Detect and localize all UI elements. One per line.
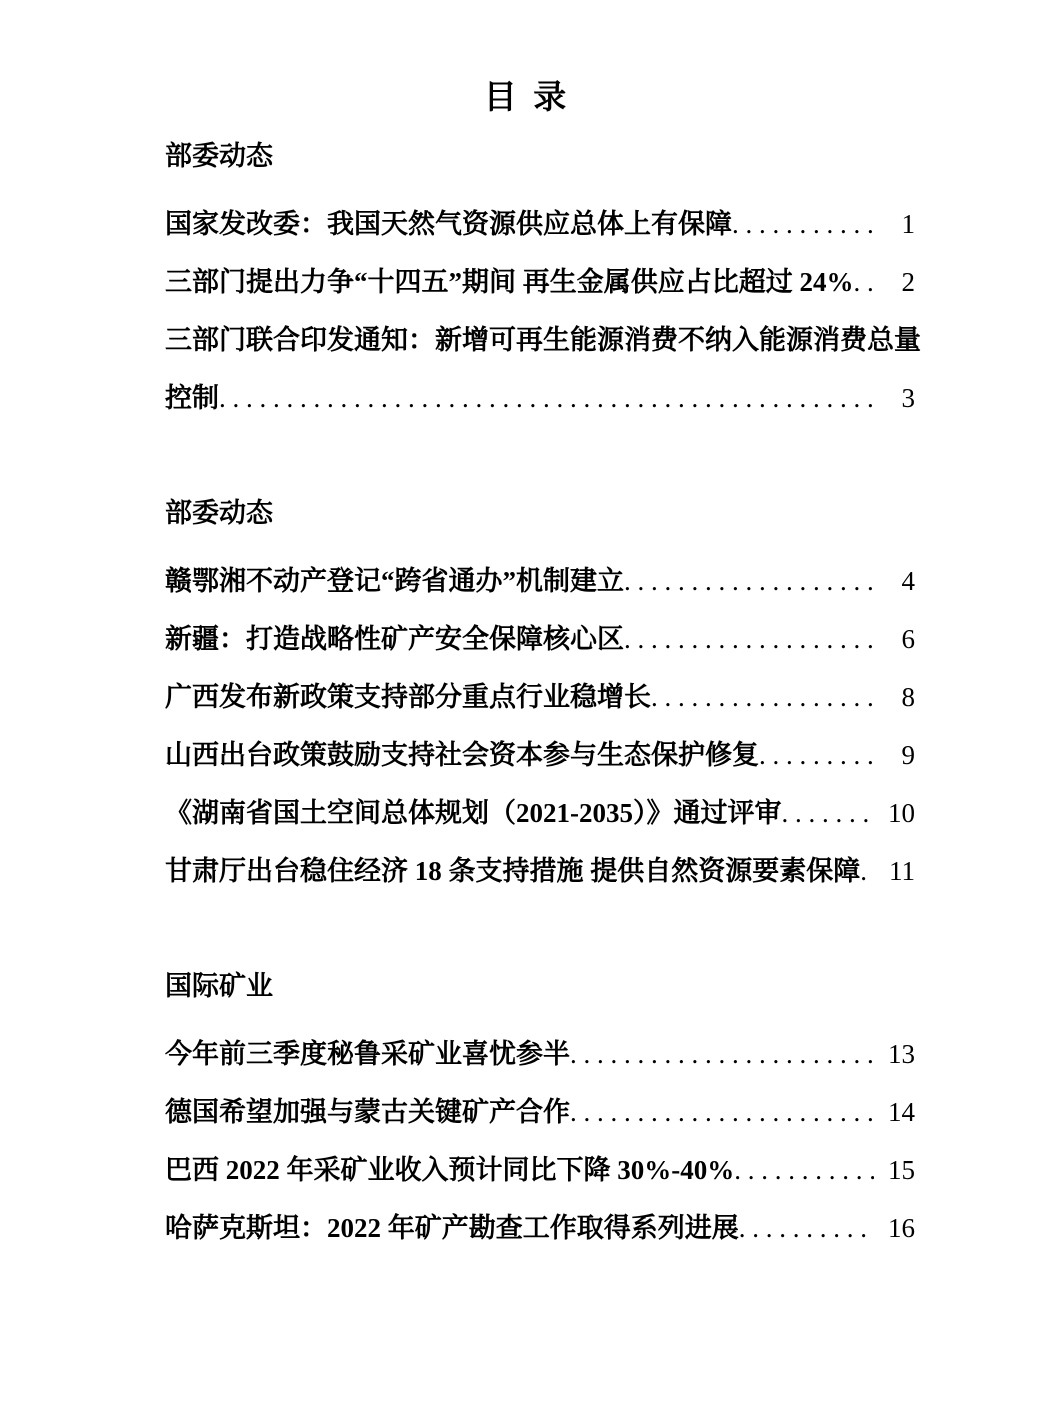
dot-leader [782,784,875,842]
toc-section: 部委动态赣鄂湘不动产登记“跨省通办”机制建立4新疆：打造战略性矿产安全保障核心区… [165,484,915,900]
dot-leader [219,369,874,427]
toc-content: 部委动态国家发改委：我国天然气资源供应总体上有保障1三部门提出力争“十四五”期间… [165,127,915,1257]
toc-entry-title: 新疆：打造战略性矿产安全保障核心区 [165,610,624,668]
toc-entry-page: 8 [879,668,915,726]
dot-leader [854,253,875,311]
toc-entry-row: 巴西 2022 年采矿业收入预计同比下降 30%-40%15 [165,1141,915,1199]
toc-entry-row: 山西出台政策鼓励支持社会资本参与生态保护修复9 [165,726,915,784]
dot-leader [624,552,874,610]
toc-entry-page: 16 [879,1199,915,1257]
toc-entry-title: 控制 [165,369,219,427]
toc-entry-page: 14 [879,1083,915,1141]
toc-entry-row: 赣鄂湘不动产登记“跨省通办”机制建立4 [165,552,915,610]
toc-entry[interactable]: 甘肃厅出台稳住经济 18 条支持措施 提供自然资源要素保障11 [165,842,915,900]
dot-leader [624,610,874,668]
toc-entry-row: 新疆：打造战略性矿产安全保障核心区6 [165,610,915,668]
toc-entry-row: 《湖南省国土空间总体规划（2021-2035）》通过评审10 [165,784,915,842]
toc-entry-row: 控制3 [165,369,915,427]
dot-leader [739,1199,874,1257]
toc-entry-page: 10 [879,784,915,842]
dot-leader [570,1083,874,1141]
toc-entry-page: 11 [879,842,915,900]
toc-entry[interactable]: 三部门提出力争“十四五”期间 再生金属供应占比超过 24%2 [165,253,915,311]
toc-entry-title: 德国希望加强与蒙古关键矿产合作 [165,1083,570,1141]
toc-entry-row: 三部门提出力争“十四五”期间 再生金属供应占比超过 24%2 [165,253,915,311]
toc-entry-title: 赣鄂湘不动产登记“跨省通办”机制建立 [165,552,624,610]
dot-leader [759,726,874,784]
toc-entry-title: 哈萨克斯坦：2022 年矿产勘查工作取得系列进展 [165,1199,739,1257]
toc-entry-title: 三部门提出力争“十四五”期间 再生金属供应占比超过 24% [165,253,854,311]
toc-entry-list: 国家发改委：我国天然气资源供应总体上有保障1三部门提出力争“十四五”期间 再生金… [165,195,915,427]
section-header: 部委动态 [165,484,915,542]
toc-entry[interactable]: 新疆：打造战略性矿产安全保障核心区6 [165,610,915,668]
toc-entry[interactable]: 巴西 2022 年采矿业收入预计同比下降 30%-40%15 [165,1141,915,1199]
toc-entry-title: 今年前三季度秘鲁采矿业喜忧参半 [165,1025,570,1083]
toc-entry-title: 《湖南省国土空间总体规划（2021-2035）》通过评审 [165,784,782,842]
toc-entry-page: 3 [879,369,915,427]
toc-entry-page: 1 [879,195,915,253]
toc-entry-page: 2 [879,253,915,311]
dot-leader [732,195,874,253]
toc-entry[interactable]: 国家发改委：我国天然气资源供应总体上有保障1 [165,195,915,253]
toc-entry-row: 今年前三季度秘鲁采矿业喜忧参半13 [165,1025,915,1083]
toc-entry[interactable]: 哈萨克斯坦：2022 年矿产勘查工作取得系列进展16 [165,1199,915,1257]
section-header: 部委动态 [165,127,915,185]
toc-entry-title: 山西出台政策鼓励支持社会资本参与生态保护修复 [165,726,759,784]
toc-entry[interactable]: 《湖南省国土空间总体规划（2021-2035）》通过评审10 [165,784,915,842]
toc-entry-title: 巴西 2022 年采矿业收入预计同比下降 30%-40% [165,1141,734,1199]
toc-entry-title: 国家发改委：我国天然气资源供应总体上有保障 [165,195,732,253]
toc-entry[interactable]: 赣鄂湘不动产登记“跨省通办”机制建立4 [165,552,915,610]
toc-entry-row: 德国希望加强与蒙古关键矿产合作14 [165,1083,915,1141]
dot-leader [734,1141,874,1199]
toc-entry-page: 15 [879,1141,915,1199]
toc-entry-page: 4 [879,552,915,610]
toc-entry-title: 甘肃厅出台稳住经济 18 条支持措施 提供自然资源要素保障 [165,842,860,900]
document-page: 目录 部委动态国家发改委：我国天然气资源供应总体上有保障1三部门提出力争“十四五… [0,0,1050,1415]
toc-entry-page: 9 [879,726,915,784]
toc-section: 国际矿业今年前三季度秘鲁采矿业喜忧参半13德国希望加强与蒙古关键矿产合作14巴西… [165,957,915,1257]
dot-leader [860,842,874,900]
section-header: 国际矿业 [165,957,915,1015]
toc-entry-title-wrap: 三部门联合印发通知：新增可再生能源消费不纳入能源消费总量 [165,311,915,369]
toc-entry[interactable]: 山西出台政策鼓励支持社会资本参与生态保护修复9 [165,726,915,784]
toc-entry-list: 赣鄂湘不动产登记“跨省通办”机制建立4新疆：打造战略性矿产安全保障核心区6广西发… [165,552,915,900]
toc-entry-row: 国家发改委：我国天然气资源供应总体上有保障1 [165,195,915,253]
toc-entry[interactable]: 今年前三季度秘鲁采矿业喜忧参半13 [165,1025,915,1083]
toc-section: 部委动态国家发改委：我国天然气资源供应总体上有保障1三部门提出力争“十四五”期间… [165,127,915,427]
toc-entry[interactable]: 广西发布新政策支持部分重点行业稳增长8 [165,668,915,726]
toc-title: 目录 [0,0,1050,127]
dot-leader [570,1025,874,1083]
toc-entry-row: 哈萨克斯坦：2022 年矿产勘查工作取得系列进展16 [165,1199,915,1257]
toc-entry-row: 广西发布新政策支持部分重点行业稳增长8 [165,668,915,726]
toc-entry-list: 今年前三季度秘鲁采矿业喜忧参半13德国希望加强与蒙古关键矿产合作14巴西 202… [165,1025,915,1257]
toc-entry-title: 广西发布新政策支持部分重点行业稳增长 [165,668,651,726]
toc-entry-page: 6 [879,610,915,668]
toc-entry-row: 甘肃厅出台稳住经济 18 条支持措施 提供自然资源要素保障11 [165,842,915,900]
toc-entry[interactable]: 德国希望加强与蒙古关键矿产合作14 [165,1083,915,1141]
dot-leader [651,668,874,726]
toc-entry-page: 13 [879,1025,915,1083]
toc-entry[interactable]: 三部门联合印发通知：新增可再生能源消费不纳入能源消费总量控制3 [165,311,915,427]
